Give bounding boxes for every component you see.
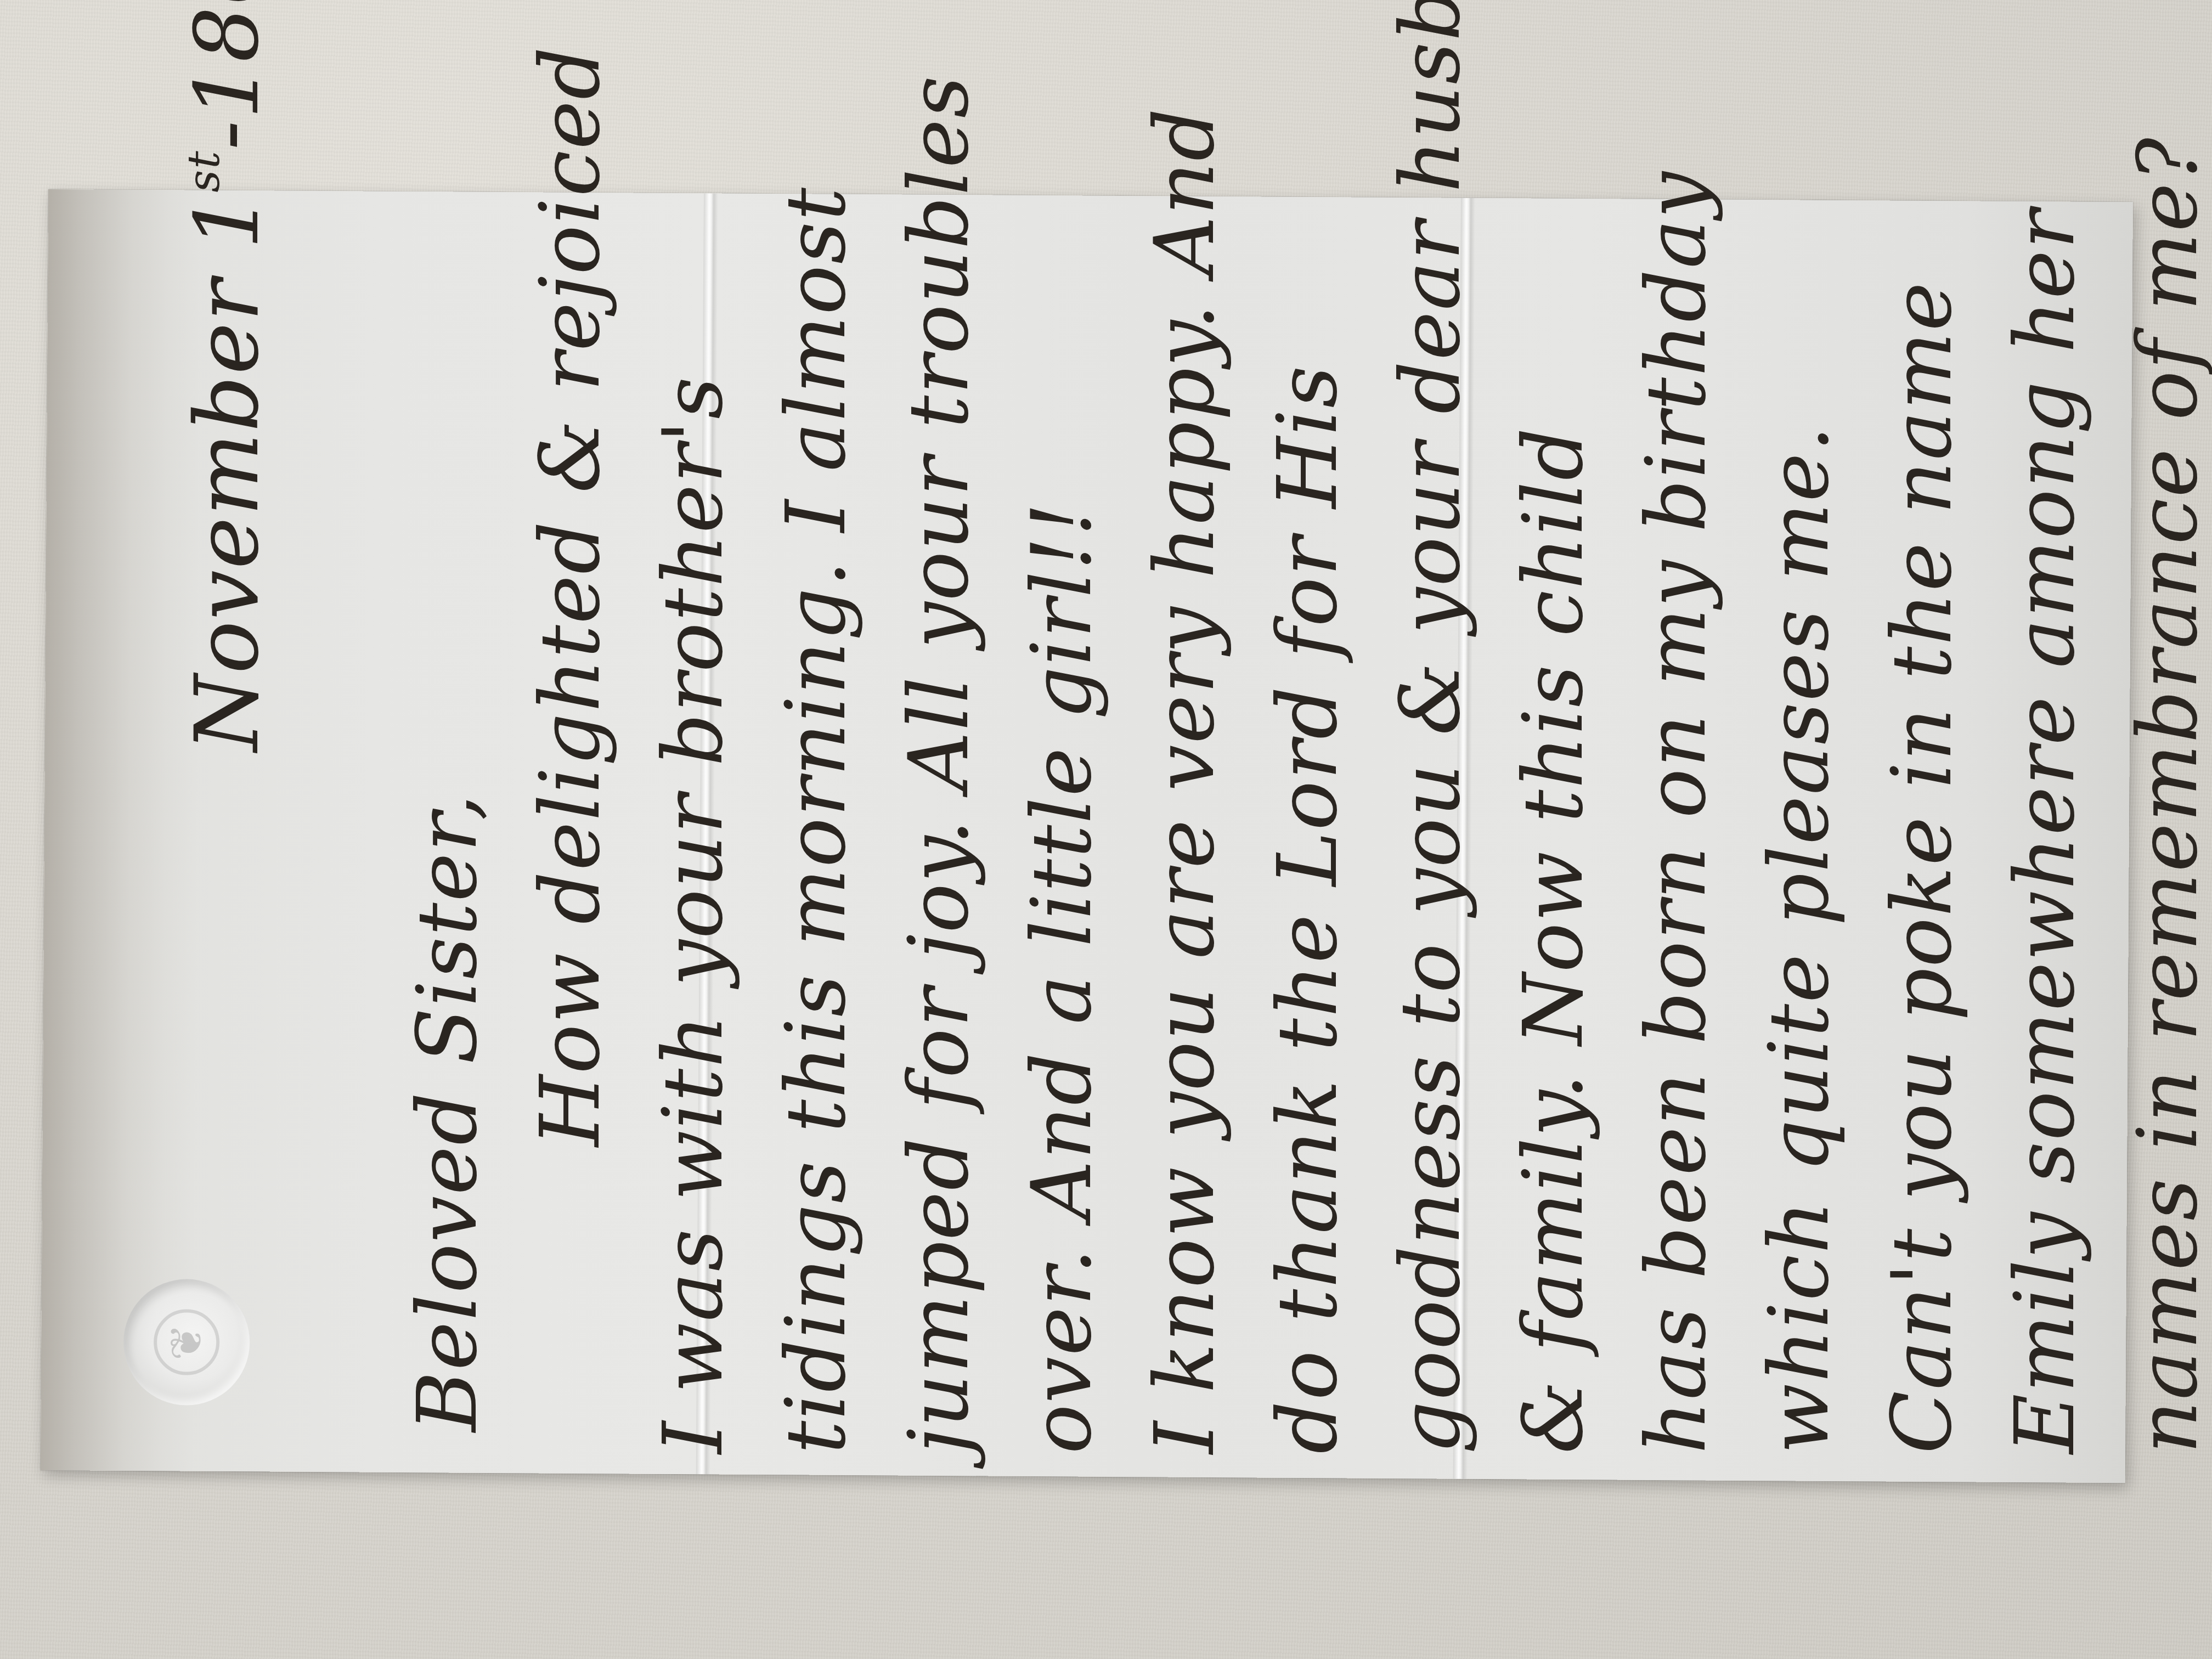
letter-date: November 1st-1867. bbox=[143, 137, 266, 1454]
body-line: I was with your brother's bbox=[632, 137, 755, 1454]
body-line: has been born on my birthday bbox=[1615, 137, 1738, 1454]
body-line: which quite pleases me. bbox=[1738, 137, 1861, 1454]
date-ordinal: st bbox=[178, 150, 229, 192]
letter-text: November 1st-1867. Beloved Sister, How d… bbox=[143, 137, 2212, 1454]
date-separator: - bbox=[176, 119, 278, 150]
body-line: tidings this morning. I almost bbox=[755, 137, 878, 1454]
date-month-day: November 1 bbox=[176, 193, 278, 752]
body-line: over. And a little girl!! bbox=[1001, 137, 1124, 1454]
body-line: goodness to you & your dear husband bbox=[1369, 137, 1492, 1454]
body-line: names in remembrance of me? bbox=[2107, 137, 2212, 1454]
body-line: Emily somewhere among her bbox=[1984, 137, 2107, 1454]
body-line: do thank the Lord for His bbox=[1246, 137, 1369, 1454]
salutation: Beloved Sister, bbox=[386, 137, 509, 1454]
body-line: & family. Now this child bbox=[1492, 137, 1615, 1454]
body-line: jumped for joy. All your troubles bbox=[878, 137, 1001, 1454]
body-line: How delighted & rejoiced bbox=[509, 137, 632, 1454]
body-line: Can't you poke in the name bbox=[1861, 137, 1984, 1454]
body-line: I know you are very happy. And bbox=[1124, 137, 1246, 1454]
date-year: 1867. bbox=[176, 0, 278, 119]
